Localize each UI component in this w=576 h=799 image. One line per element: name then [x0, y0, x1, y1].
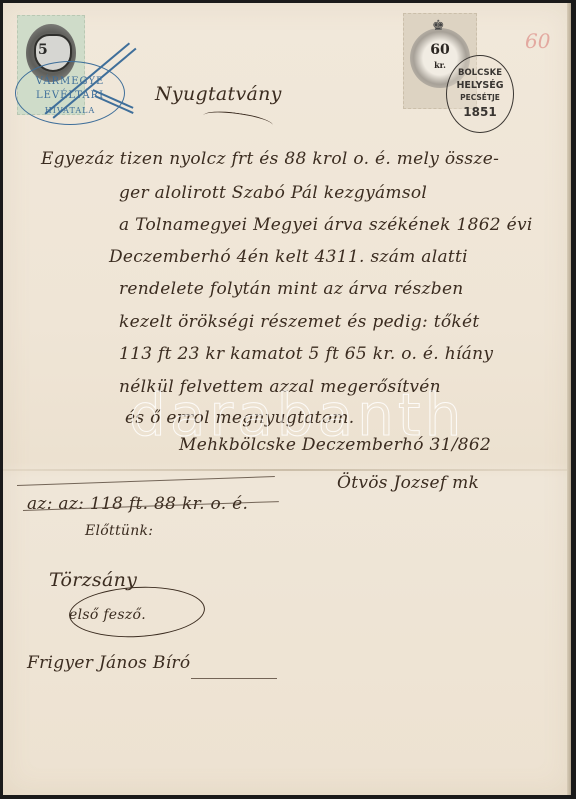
- body-line: Deczemberhó 4én kelt 4311. szám alatti: [109, 247, 468, 267]
- document-paper: 5 VÁRMEGYE LEVÉLTÁRI HIVATALA ♚ 60 kr. B…: [3, 3, 571, 795]
- stamp-value: 5: [38, 42, 48, 58]
- body-line: Egyezáz tizen nyolcz frt és 88 krol o. é…: [41, 149, 499, 169]
- postmark-line2: HELYSÉG: [447, 80, 513, 91]
- witness-2: Frigyer János Bíró: [27, 653, 190, 673]
- summary-rule-top: [17, 476, 275, 486]
- stamp-value: 60: [404, 42, 476, 58]
- body-line: kezelt örökségi részemet és pedig: tőkét: [119, 312, 480, 332]
- witness-1-role: első fesző.: [69, 607, 146, 623]
- body-line: a Tolnamegyei Megyei árva székének 1862 …: [119, 215, 533, 235]
- double-eagle-icon: ♚: [432, 18, 445, 34]
- body-line: ger alolirott Szabó Pál kezgyámsol: [119, 183, 427, 203]
- body-line: 113 ft 23 kr kamatot 5 ft 65 kr. o. é. h…: [119, 344, 493, 364]
- signatory: Ötvös Jozsef mk: [337, 473, 479, 493]
- pencil-page-number: 60: [525, 29, 550, 53]
- postmark-line1: BOLCSKE: [447, 68, 513, 78]
- paper-edge: [567, 3, 571, 795]
- village-postmark: BOLCSKE HELYSÉG PECSÉTJE 1851: [446, 55, 514, 133]
- postmark-year: 1851: [447, 105, 513, 119]
- body-line: rendelete folytán mint az árva részben: [119, 279, 464, 299]
- signature-underline: [191, 678, 277, 679]
- paper-fold: [3, 469, 571, 471]
- watermark: darabanth: [129, 381, 465, 449]
- postmark-line3: PECSÉTJE: [447, 93, 513, 102]
- oval-stamp-line1: VÁRMEGYE: [16, 76, 124, 87]
- witness-header: Előttünk:: [85, 523, 153, 539]
- oval-stamp-line3: HIVATALA: [16, 106, 124, 115]
- document-title: Nyugtatvány: [155, 83, 282, 105]
- title-flourish: [202, 108, 273, 133]
